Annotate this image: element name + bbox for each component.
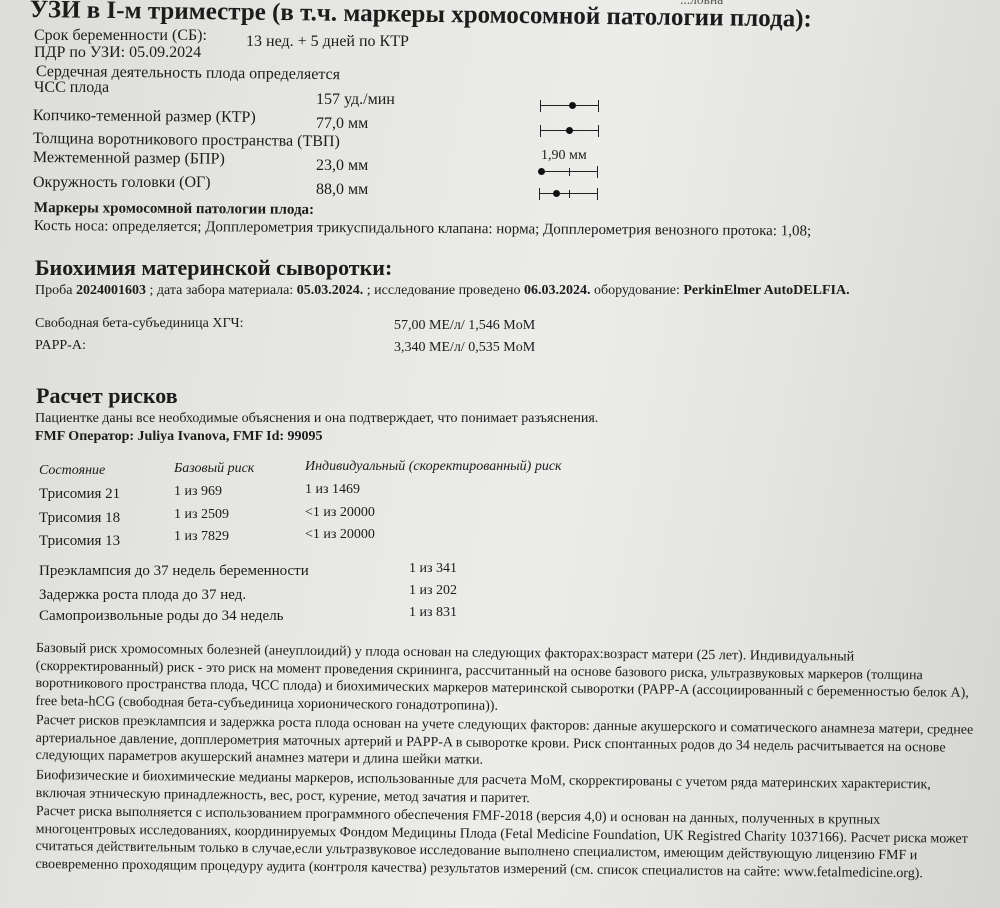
gestational-age-value: 13 нед. + 5 дней по КТР xyxy=(246,33,409,51)
measurement-label-bpd: Межтеменной размер (БПР) xyxy=(33,149,225,169)
table-cell-individual-risk: 1 из 1469 xyxy=(305,482,360,498)
measurement-label-hc: Окружность головки (ОГ) xyxy=(33,174,211,192)
table-cell-base-risk: 1 из 2509 xyxy=(174,507,229,523)
operator-line: FMF Оператор: Juliya Ivanova, FMF Id: 99… xyxy=(35,429,323,445)
other-risk-label-fgr: Задержка роста плода до 37 нед. xyxy=(39,587,246,604)
measurement-value-nt: 1,90 мм xyxy=(541,148,587,164)
measurement-value-bpd: 23,0 мм xyxy=(316,157,368,175)
table-header-individual-risk: Индивидуальный (скоректированный) риск xyxy=(305,459,562,475)
other-risk-value-fgr: 1 из 202 xyxy=(409,583,457,599)
biochem-value-pappa: 3,340 МЕ/л/ 0,535 MoM xyxy=(394,340,535,356)
equipment-prefix: оборудование: xyxy=(590,283,683,298)
edd-line: ПДР по УЗИ: 05.09.2024 xyxy=(34,44,201,62)
collection-prefix: ; дата забора материала: xyxy=(146,283,297,298)
measurement-value-hc: 88,0 мм xyxy=(316,181,368,199)
table-header-base-risk: Базовый риск xyxy=(174,461,254,477)
sample-info-line: Проба 2024001603 ; дата забора материала… xyxy=(35,283,850,299)
table-header-condition: Состояние xyxy=(39,463,105,479)
table-cell-individual-risk: <1 из 20000 xyxy=(305,505,375,521)
markers-line: Кость носа: определяется; Допплерометрия… xyxy=(34,218,811,240)
table-cell-condition: Трисомия 18 xyxy=(39,510,120,527)
note-paragraph-software: Расчет риска выполняется с использование… xyxy=(35,803,976,883)
measurement-value-crl: 77,0 мм xyxy=(316,115,368,133)
biochem-label-pappa: PAPP-A: xyxy=(35,338,86,354)
range-marker-crl xyxy=(540,125,599,137)
study-date: 06.03.2024. xyxy=(524,283,591,298)
other-risk-label-preeclampsia: Преэклампсия до 37 недель беременности xyxy=(39,563,309,580)
note-paragraph-preeclampsia: Расчет рисков преэклампсия и задержка ро… xyxy=(35,712,976,775)
measurement-label-fhr: ЧСС плода xyxy=(34,79,109,97)
biochem-value-hcg: 57,00 МЕ/л/ 1,546 MoM xyxy=(394,318,535,334)
table-cell-individual-risk: <1 из 20000 xyxy=(305,527,375,543)
consent-line: Пациентке даны все необходимые объяснени… xyxy=(35,411,598,427)
table-cell-condition: Трисомия 21 xyxy=(39,486,120,503)
markers-title: Маркеры хромосомной патологии плода: xyxy=(34,200,314,219)
note-paragraph-base-risk: Базовый риск хромосомных болезней (анеуп… xyxy=(35,640,976,720)
gestational-age-label: Срок беременности (СБ): xyxy=(34,27,207,45)
collection-date: 05.03.2024. xyxy=(297,283,364,298)
section-title-biochem: Биохимия материнской сыворотки: xyxy=(35,255,392,281)
sample-prefix: Проба xyxy=(35,283,76,298)
other-risk-value-preeclampsia: 1 из 341 xyxy=(409,561,457,577)
equipment: PerkinElmer AutoDELFIA. xyxy=(683,283,849,298)
range-marker-bpd xyxy=(540,166,598,178)
other-risk-label-preterm: Самопроизвольные роды до 34 недель xyxy=(39,608,284,625)
range-marker-hc xyxy=(539,188,598,200)
measurement-label-nt: Толщина воротникового пространства (ТВП) xyxy=(33,130,340,151)
range-marker-fhr xyxy=(540,100,599,112)
measurement-label-crl: Копчико-теменной размер (КТР) xyxy=(33,107,256,127)
table-cell-base-risk: 1 из 7829 xyxy=(174,529,229,545)
other-risk-value-preterm: 1 из 831 xyxy=(409,605,457,621)
sample-id: 2024001603 xyxy=(76,283,146,298)
measurement-value-fhr: 157 уд./мин xyxy=(316,91,395,109)
study-prefix: ; исследование проведено xyxy=(363,283,524,298)
section-title-risks: Расчет рисков xyxy=(36,383,178,409)
table-cell-base-risk: 1 из 969 xyxy=(174,484,222,500)
biochem-label-hcg: Свободная бета-субъединица ХГЧ: xyxy=(35,316,244,332)
table-cell-condition: Трисомия 13 xyxy=(39,533,120,550)
